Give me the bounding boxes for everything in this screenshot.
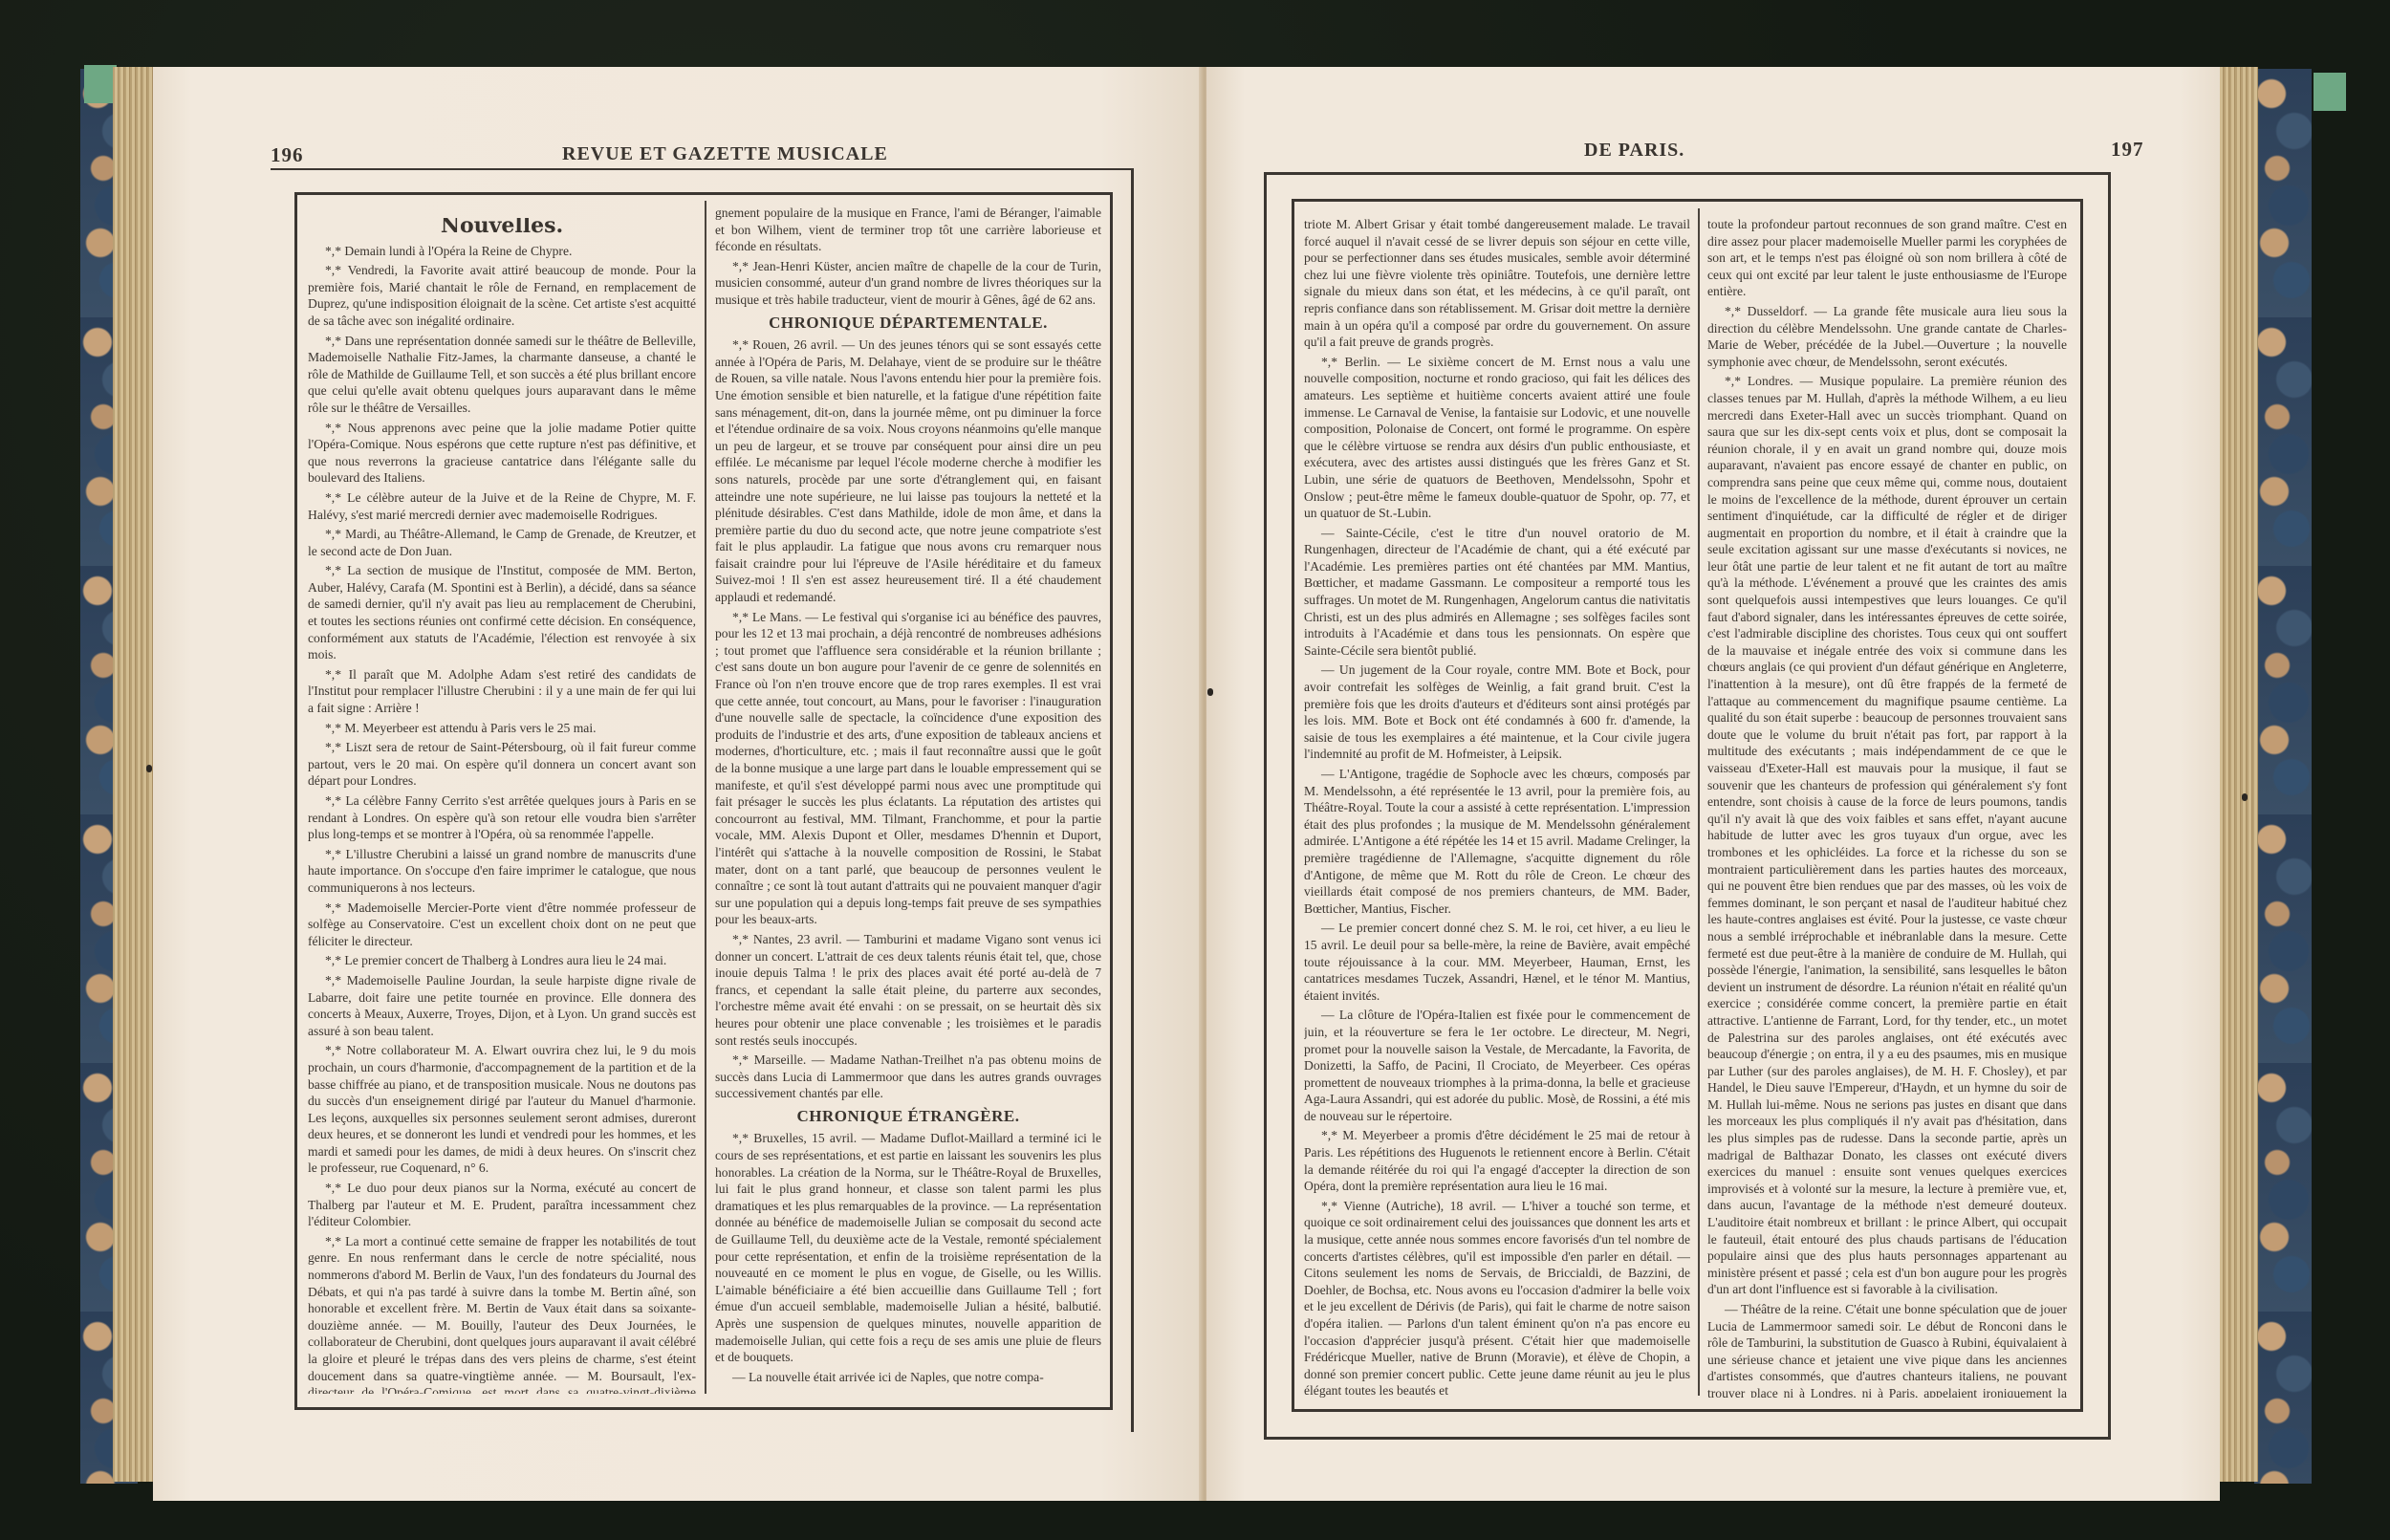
article-paragraph: *,* M. Meyerbeer est attendu à Paris ver… [308,720,696,737]
article-paragraph: *,* Vienne (Autriche), 18 avril. — L'hiv… [1304,1198,1690,1398]
right-column-2-paragraphs: toute la profondeur partout reconnues de… [1707,216,2067,1398]
article-paragraph: — Sainte-Cécile, c'est le titre d'un nou… [1304,525,1690,660]
article-paragraph: *,* Dusseldorf. — La grande fête musical… [1707,303,2067,370]
right-column-divider [1698,208,1700,1396]
right-page-column-2: toute la profondeur partout reconnues de… [1707,216,2067,1398]
left-page-number: 196 [271,143,304,167]
article-paragraph: *,* Mademoiselle Mercier-Porte vient d'ê… [308,900,696,950]
article-paragraph: *,* Berlin. — Le sixième concert de M. E… [1304,354,1690,522]
article-paragraph: *,* La mort a continué cette semaine de … [308,1233,696,1394]
article-paragraph: — La nouvelle était arrivée ici de Naple… [715,1369,1101,1386]
right-column-1-paragraphs: triote M. Albert Grisar y était tombé da… [1304,216,1690,1398]
article-paragraph: *,* L'illustre Cherubini a laissé un gra… [308,846,696,897]
article-paragraph: *,* Nantes, 23 avril. — Tamburini et mad… [715,931,1101,1049]
binding-hole-right [2242,793,2248,801]
right-cover-corner [2314,73,2346,111]
section-title-nouvelles: Nouvelles. [308,218,696,235]
left-page-edges [113,67,155,1482]
article-paragraph: *,* Le célèbre auteur de la Juive et de … [308,489,696,523]
left-column-divider [705,201,706,1394]
article-paragraph: *,* Dans une représentation donnée samed… [308,333,696,417]
article-paragraph: gnement populaire de la musique en Franc… [715,205,1101,255]
article-paragraph: — La clôture de l'Opéra-Italien est fixé… [1304,1007,1690,1124]
article-paragraph: *,* Liszt sera de retour de Saint-Péters… [308,739,696,790]
article-paragraph: *,* Demain lundi à l'Opéra la Reine de C… [308,243,696,260]
article-paragraph: *,* Nous apprenons avec peine que la jol… [308,420,696,487]
article-paragraph: *,* Il paraît que M. Adolphe Adam s'est … [308,666,696,717]
binding-hole-left [146,765,152,772]
article-paragraph: *,* Jean-Henri Küster, ancien maître de … [715,258,1101,309]
right-page-number: 197 [2111,138,2144,162]
chronique-etrangere-paragraphs: *,* Bruxelles, 15 avril. — Madame Duflot… [715,1130,1101,1385]
article-paragraph: — Le premier concert donné chez S. M. le… [1304,920,1690,1004]
right-marbled-cover-edge [2254,69,2312,1484]
article-paragraph: *,* Londres. — Musique populaire. La pre… [1707,373,2067,1298]
left-cover-corner [84,65,117,103]
article-paragraph: *,* Le Mans. — Le festival qui s'organis… [715,609,1101,928]
article-paragraph: *,* Notre collaborateur M. A. Elwart ouv… [308,1042,696,1177]
article-paragraph: — Un jugement de la Cour royale, contre … [1304,662,1690,763]
left-page-column-1: Nouvelles. *,* Demain lundi à l'Opéra la… [308,218,696,1394]
article-paragraph: *,* Bruxelles, 15 avril. — Madame Duflot… [715,1130,1101,1365]
article-paragraph: *,* Le premier concert de Thalberg à Lon… [308,952,696,969]
article-paragraph: — L'Antigone, tragédie de Sophocle avec … [1304,766,1690,917]
right-page-edges [2218,67,2258,1482]
article-paragraph: *,* M. Meyerbeer a promis d'être décidém… [1304,1127,1690,1194]
section-title-chronique-etrangere: CHRONIQUE ÉTRANGÈRE. [715,1108,1101,1125]
article-paragraph: *,* Marseille. — Madame Nathan-Treilhet … [715,1052,1101,1102]
article-paragraph: *,* Mardi, au Théâtre-Allemand, le Camp … [308,526,696,559]
article-paragraph: triote M. Albert Grisar y était tombé da… [1304,216,1690,351]
article-paragraph: *,* Le duo pour deux pianos sur la Norma… [308,1180,696,1230]
article-paragraph: *,* Vendredi, la Favorite avait attiré b… [308,262,696,329]
section-title-chronique-departementale: CHRONIQUE DÉPARTEMENTALE. [715,315,1101,332]
article-paragraph: *,* La section de musique de l'Institut,… [308,562,696,663]
article-paragraph: toute la profondeur partout reconnues de… [1707,216,2067,300]
article-paragraph: *,* Mademoiselle Pauline Jourdan, la seu… [308,972,696,1039]
article-paragraph: *,* Rouen, 26 avril. — Un des jeunes tén… [715,336,1101,606]
right-running-head: DE PARIS. [1584,140,1684,162]
left-running-head: REVUE ET GAZETTE MUSICALE [562,143,888,165]
article-paragraph: *,* La célèbre Fanny Cerrito s'est arrêt… [308,792,696,843]
right-page-column-1: triote M. Albert Grisar y était tombé da… [1304,216,1690,1398]
nouvelles-paragraphs: *,* Demain lundi à l'Opéra la Reine de C… [308,243,696,1394]
binding-hole-gutter [1207,688,1213,696]
chronique-departementale-paragraphs: *,* Rouen, 26 avril. — Un des jeunes tén… [715,336,1101,1102]
left-page-column-2: gnement populaire de la musique en Franc… [715,205,1101,1394]
article-paragraph: — Théâtre de la reine. C'était une bonne… [1707,1301,2067,1398]
column-continued-paragraphs: gnement populaire de la musique en Franc… [715,205,1101,309]
